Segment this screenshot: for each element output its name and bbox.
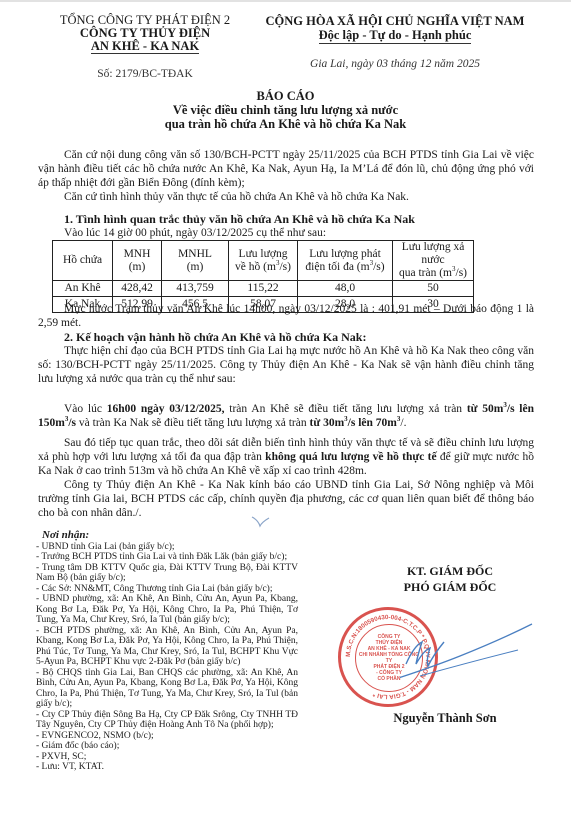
section2-p1-text: Thực hiện chỉ đạo của BCH PTDS tỉnh Gia … xyxy=(38,345,534,385)
signer-title-2: PHÓ GIÁM ĐỐC xyxy=(380,579,520,595)
operation-plan: Vào lúc 16h00 ngày 03/12/2025, tràn An K… xyxy=(38,402,534,430)
issuer-block: TỔNG CÔNG TY PHÁT ĐIỆN 2 CÔNG TY THỦY ĐI… xyxy=(40,14,250,54)
document-number: Số: 2179/BC-TĐAK xyxy=(40,68,250,80)
section1-intro-text: Vào lúc 14 giờ 00 phút, ngày 03/12/2025 … xyxy=(64,227,326,239)
col-header: Hồ chứa xyxy=(53,241,113,281)
col-header: MNH(m) xyxy=(113,241,162,281)
table-cell: 115,22 xyxy=(229,281,298,297)
section2-heading: 2. Kế hoạch vận hành hồ chứa An Khê và h… xyxy=(38,330,534,344)
signer-title-block: KT. GIÁM ĐỐC PHÓ GIÁM ĐỐC xyxy=(380,563,520,595)
col-header: MNHL(m) xyxy=(162,241,229,281)
table-header-row: Hồ chứa MNH(m) MNHL(m) Lưu lượngvề hồ (m… xyxy=(53,241,474,281)
section1-intro: Vào lúc 14 giờ 00 phút, ngày 03/12/2025 … xyxy=(38,226,534,240)
recipients-heading: Nơi nhận: xyxy=(36,530,298,541)
basis-paragraph-1: Căn cứ nội dung công văn số 130/BCH-PCTT… xyxy=(38,148,534,190)
viewer-top-edge xyxy=(0,0,571,2)
initial-mark-icon xyxy=(250,514,270,528)
recipient-item: - UBND phường, xã: An Khê, An Bình, Cửu … xyxy=(36,594,298,626)
table-row: An Khê 428,42 413,759 115,22 48,0 50 xyxy=(53,281,474,297)
water-level-text: Mực nước Trạm thủy văn An Khê lúc 14h00,… xyxy=(38,303,534,329)
col-header: Lưu lượngvề hồ (m3/s) xyxy=(229,241,298,281)
table-cell: 428,42 xyxy=(113,281,162,297)
table-cell: 48,0 xyxy=(298,281,393,297)
recipient-item: - EVNGENCO2, NSMO (b/c); xyxy=(36,731,298,742)
closing-paragraph: Công ty Thủy điện An Khê - Ka Nak kính b… xyxy=(38,478,534,520)
basis-1-text: Căn cứ nội dung công văn số 130/BCH-PCTT… xyxy=(38,149,534,189)
section2-paragraph-3: Sau đó tiếp tục quan trắc, theo dõi sát … xyxy=(38,436,534,478)
doc-type: BÁO CÁO xyxy=(0,89,571,103)
country-name: CỘNG HÒA XÃ HỘI CHỦ NGHĨA VIỆT NAM xyxy=(255,14,535,28)
recipients-block: Nơi nhận: - UBND tỉnh Gia Lai (bản giấy … xyxy=(36,530,298,773)
national-header: CỘNG HÒA XÃ HỘI CHỦ NGHĨA VIỆT NAM Độc l… xyxy=(255,14,535,44)
basis-2-text: Căn cứ tình hình thủy văn thực tế của hồ… xyxy=(64,191,409,203)
document-title: BÁO CÁO Về việc điều chỉnh tăng lưu lượn… xyxy=(0,89,571,131)
table-cell: 50 xyxy=(393,281,474,297)
handwritten-signature-icon xyxy=(400,620,540,690)
recipient-item: - Cty CP Thủy điện Sông Ba Hạ, Cty CP Đă… xyxy=(36,710,298,731)
section2-paragraph-1: Thực hiện chỉ đạo của BCH PTDS tỉnh Gia … xyxy=(38,344,534,386)
org-name-line2: AN KHÊ - KA NAK xyxy=(91,40,199,54)
recipient-item: - Bộ CHQS tỉnh Gia Lai, Ban CHQS các phư… xyxy=(36,668,298,710)
signer-title-1: KT. GIÁM ĐỐC xyxy=(380,563,520,579)
recipient-item: - Các Sở: NN&MT, Công Thương tỉnh Gia La… xyxy=(36,584,298,595)
table-cell: An Khê xyxy=(53,281,113,297)
table-cell: 413,759 xyxy=(162,281,229,297)
recipient-item: - PXVH, SC; xyxy=(36,752,298,763)
subject-line1: Về việc điều chỉnh tăng lưu lượng xả nướ… xyxy=(0,103,571,117)
subject-line2: qua tràn hồ chứa An Khê và hồ chứa Ka Na… xyxy=(0,117,571,131)
basis-paragraph-2: Căn cứ tình hình thủy văn thực tế của hồ… xyxy=(38,190,534,204)
water-level-note: Mực nước Trạm thủy văn An Khê lúc 14h00,… xyxy=(38,302,534,330)
signer-name: Nguyễn Thành Sơn xyxy=(385,711,505,726)
section1-title: 1. Tình hình quan trắc thủy văn hồ chứa … xyxy=(64,212,415,226)
section2-title: 2. Kế hoạch vận hành hồ chứa An Khê và h… xyxy=(64,330,366,344)
col-header: Lưu lượng xả nướcqua tràn (m3/s) xyxy=(393,241,474,281)
closing-text: Công ty Thủy điện An Khê - Ka Nak kính b… xyxy=(38,479,534,519)
recipient-item: - UBND tỉnh Gia Lai (bản giấy b/c); xyxy=(36,542,298,553)
section1-heading: 1. Tình hình quan trắc thủy văn hồ chứa … xyxy=(38,212,534,226)
recipient-item: - Giám đốc (báo cáo); xyxy=(36,741,298,752)
place-date: Gia Lai, ngày 03 tháng 12 năm 2025 xyxy=(255,58,535,70)
recipient-item: - Trung tâm DB KTTV Quốc gia, Đài KTTV T… xyxy=(36,563,298,584)
recipient-item: - Trưởng BCH PTDS tỉnh Gia Lai và tỉnh Đ… xyxy=(36,552,298,563)
recipient-item: - Lưu: VT, KTAT. xyxy=(36,762,298,773)
national-motto: Độc lập - Tự do - Hạnh phúc xyxy=(319,28,472,44)
recipient-item: - BCH PTDS phường, xã: An Khê, An Bình, … xyxy=(36,626,298,668)
col-header: Lưu lượng phátđiện tối đa (m3/s) xyxy=(298,241,393,281)
